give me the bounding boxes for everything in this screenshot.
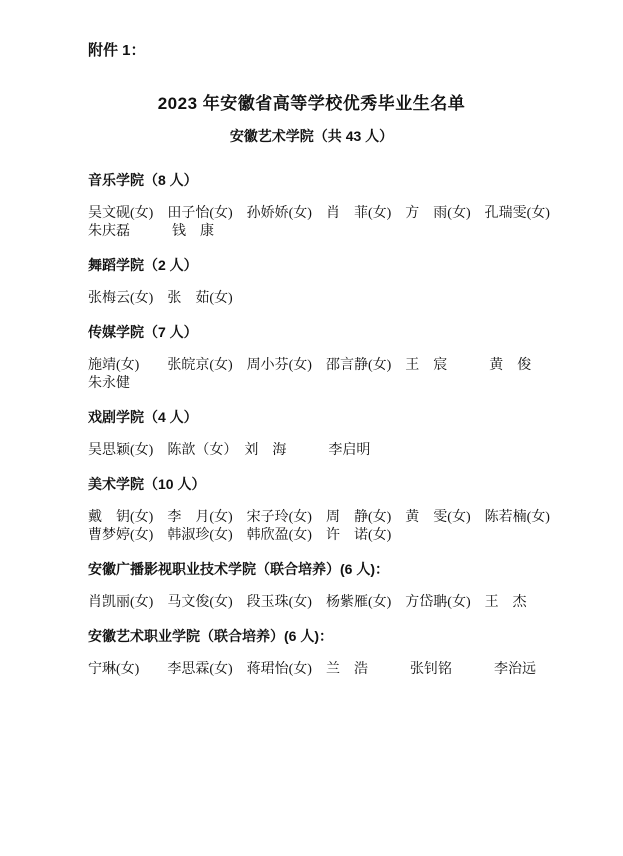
names-block: 肖凯丽(女) 马文俊(女) 段玉珠(女) 杨紫雁(女) 方岱聃(女) 王 杰 [88, 594, 613, 612]
names-block: 吴文砚(女) 田子怡(女) 孙娇娇(女) 肖 菲(女) 方 雨(女) 孔瑞雯(女… [88, 205, 613, 241]
college-section: 美术学院（10 人） 戴 钥(女) 李 月(女) 宋子玲(女) 周 静(女) 黄… [88, 476, 613, 545]
college-section: 舞蹈学院（2 人） 张梅云(女) 张 茹(女) [88, 257, 613, 308]
name-line: 曹梦婷(女) 韩淑珍(女) 韩欣盈(女) 许 诺(女) [88, 527, 613, 545]
name-line: 朱永健 [88, 375, 613, 393]
college-section: 传媒学院（7 人） 施靖(女) 张皖京(女) 周小芬(女) 邵言静(女) 王 宸… [88, 324, 613, 393]
name-line: 朱庆磊 钱 康 [88, 223, 613, 241]
name-line: 张梅云(女) 张 茹(女) [88, 290, 613, 308]
attachment-label: 附件 1： [88, 42, 623, 60]
college-heading: 舞蹈学院（2 人） [88, 257, 613, 274]
college-section: 戏剧学院（4 人） 吴思颖(女) 陈歆（女） 刘 海 李启明 [88, 409, 613, 460]
name-line: 宁琳(女) 李思霖(女) 蒋珺怡(女) 兰 浩 张钊铭 李治远 [88, 661, 613, 679]
college-heading: 美术学院（10 人） [88, 476, 613, 493]
name-line: 施靖(女) 张皖京(女) 周小芬(女) 邵言静(女) 王 宸 黄 俊 [88, 357, 613, 375]
college-section: 安徽广播影视职业技术学院（联合培养）(6 人)： 肖凯丽(女) 马文俊(女) 段… [88, 561, 613, 612]
name-line: 肖凯丽(女) 马文俊(女) 段玉珠(女) 杨紫雁(女) 方岱聃(女) 王 杰 [88, 594, 613, 612]
name-line: 吴思颖(女) 陈歆（女） 刘 海 李启明 [88, 442, 613, 460]
document-page: 附件 1： 2023 年安徽省高等学校优秀毕业生名单 安徽艺术学院（共 43 人… [0, 0, 623, 856]
college-heading: 戏剧学院（4 人） [88, 409, 613, 426]
names-block: 张梅云(女) 张 茹(女) [88, 290, 613, 308]
names-block: 吴思颖(女) 陈歆（女） 刘 海 李启明 [88, 442, 613, 460]
names-block: 戴 钥(女) 李 月(女) 宋子玲(女) 周 静(女) 黄 雯(女) 陈若楠(女… [88, 509, 613, 545]
sections-container: 音乐学院（8 人） 吴文砚(女) 田子怡(女) 孙娇娇(女) 肖 菲(女) 方 … [88, 172, 613, 679]
college-section: 安徽艺术职业学院（联合培养）(6 人)： 宁琳(女) 李思霖(女) 蒋珺怡(女)… [88, 628, 613, 679]
name-line: 吴文砚(女) 田子怡(女) 孙娇娇(女) 肖 菲(女) 方 雨(女) 孔瑞雯(女… [88, 205, 613, 223]
name-line: 戴 钥(女) 李 月(女) 宋子玲(女) 周 静(女) 黄 雯(女) 陈若楠(女… [88, 509, 613, 527]
college-section: 音乐学院（8 人） 吴文砚(女) 田子怡(女) 孙娇娇(女) 肖 菲(女) 方 … [88, 172, 613, 241]
college-heading: 传媒学院（7 人） [88, 324, 613, 341]
names-block: 宁琳(女) 李思霖(女) 蒋珺怡(女) 兰 浩 张钊铭 李治远 [88, 661, 613, 679]
college-heading: 安徽广播影视职业技术学院（联合培养）(6 人)： [88, 561, 613, 578]
document-title: 2023 年安徽省高等学校优秀毕业生名单 [20, 94, 603, 114]
names-block: 施靖(女) 张皖京(女) 周小芬(女) 邵言静(女) 王 宸 黄 俊朱永健 [88, 357, 613, 393]
college-heading: 安徽艺术职业学院（联合培养）(6 人)： [88, 628, 613, 645]
document-subtitle: 安徽艺术学院（共 43 人） [20, 128, 603, 145]
college-heading: 音乐学院（8 人） [88, 172, 613, 189]
